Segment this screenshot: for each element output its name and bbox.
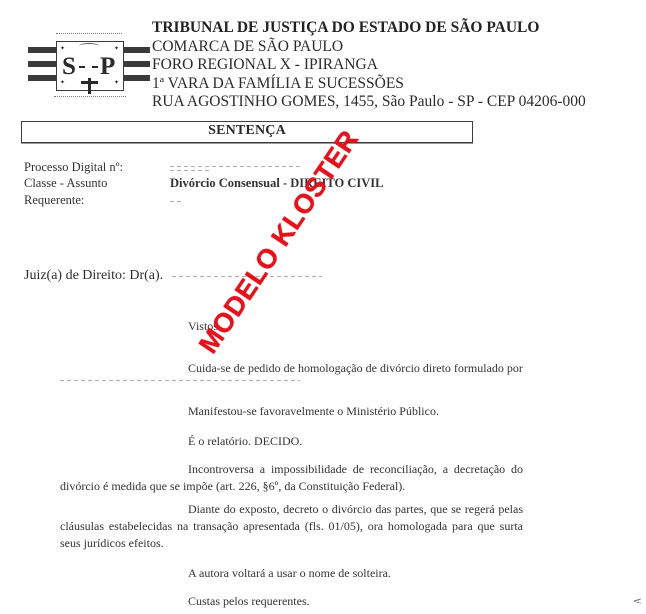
star-icon: ✦ — [60, 46, 65, 52]
comarca: COMARCA DE SÃO PAULO — [152, 38, 586, 57]
document-page: S P ✦ ✦ ✦ ✦ TRIBUNAL DE JUSTIÇA DO ESTAD… — [0, 0, 646, 614]
redacted-parties — [60, 380, 300, 381]
logo-caption-top — [56, 33, 122, 37]
judge-line: Juiz(a) de Direito: Dr(a). — [24, 268, 163, 284]
redacted-process-number — [170, 166, 300, 167]
logo-caption-bottom — [54, 96, 126, 100]
cross-icon-bar — [81, 81, 98, 84]
process-number-label: Processo Digital nº: — [24, 160, 123, 175]
court-logo: S P ✦ ✦ ✦ ✦ — [26, 30, 152, 100]
logo-dash — [92, 66, 98, 68]
paragraph-costs: Custas pelos requerentes. — [188, 594, 310, 609]
logo-dash — [79, 66, 85, 68]
court-address: RUA AGOSTINHO GOMES, 1455, São Paulo - S… — [152, 93, 586, 112]
vara: 1ª VARA DA FAMÍLIA E SUCESSÕES — [152, 75, 586, 94]
paragraph-petition: Cuida-se de pedido de homologação de div… — [188, 361, 523, 376]
watermark: MODELO KLOSTER — [193, 125, 365, 360]
star-icon: ✦ — [114, 46, 119, 52]
paragraph-decision: Diante do exposto, decreto o divórcio da… — [60, 501, 523, 552]
logo-letter-p: P — [100, 54, 115, 79]
paragraph-reconciliation: Incontroversa a impossibilidade de recon… — [60, 461, 523, 495]
paragraph-ministerio-publico: Manifestou-se favoravelmente o Ministéri… — [188, 404, 439, 419]
document-title-box: SENTENÇA — [21, 121, 473, 143]
letterhead: TRIBUNAL DE JUSTIÇA DO ESTADO DE SÃO PAU… — [152, 19, 586, 112]
foro: FORO REGIONAL X - IPIRANGA — [152, 56, 586, 75]
logo-plate: S P ✦ ✦ ✦ ✦ — [56, 41, 124, 91]
redacted-process-number — [170, 170, 212, 171]
class-subject-label: Classe - Assunto — [24, 176, 107, 191]
paragraph-maiden-name: A autora voltará a usar o nome de soltei… — [188, 566, 391, 581]
class-subject-value: Divórcio Consensual - DIREITO CIVIL — [170, 176, 383, 191]
document-title: SENTENÇA — [22, 123, 472, 139]
crown-icon — [79, 43, 99, 49]
redacted-requerente — [170, 201, 184, 202]
court-name: TRIBUNAL DE JUSTIÇA DO ESTADO DE SÃO PAU… — [152, 19, 586, 38]
margin-mark: A — [632, 598, 642, 605]
requerente-label: Requerente: — [24, 193, 84, 208]
star-icon: ✦ — [114, 80, 119, 86]
star-icon: ✦ — [60, 80, 65, 86]
judge-label: Juiz(a) de Direito: Dr(a). — [24, 268, 163, 283]
logo-letter-s: S — [62, 54, 76, 79]
paragraph-relatorio: É o relatório. DECIDO. — [188, 434, 302, 449]
